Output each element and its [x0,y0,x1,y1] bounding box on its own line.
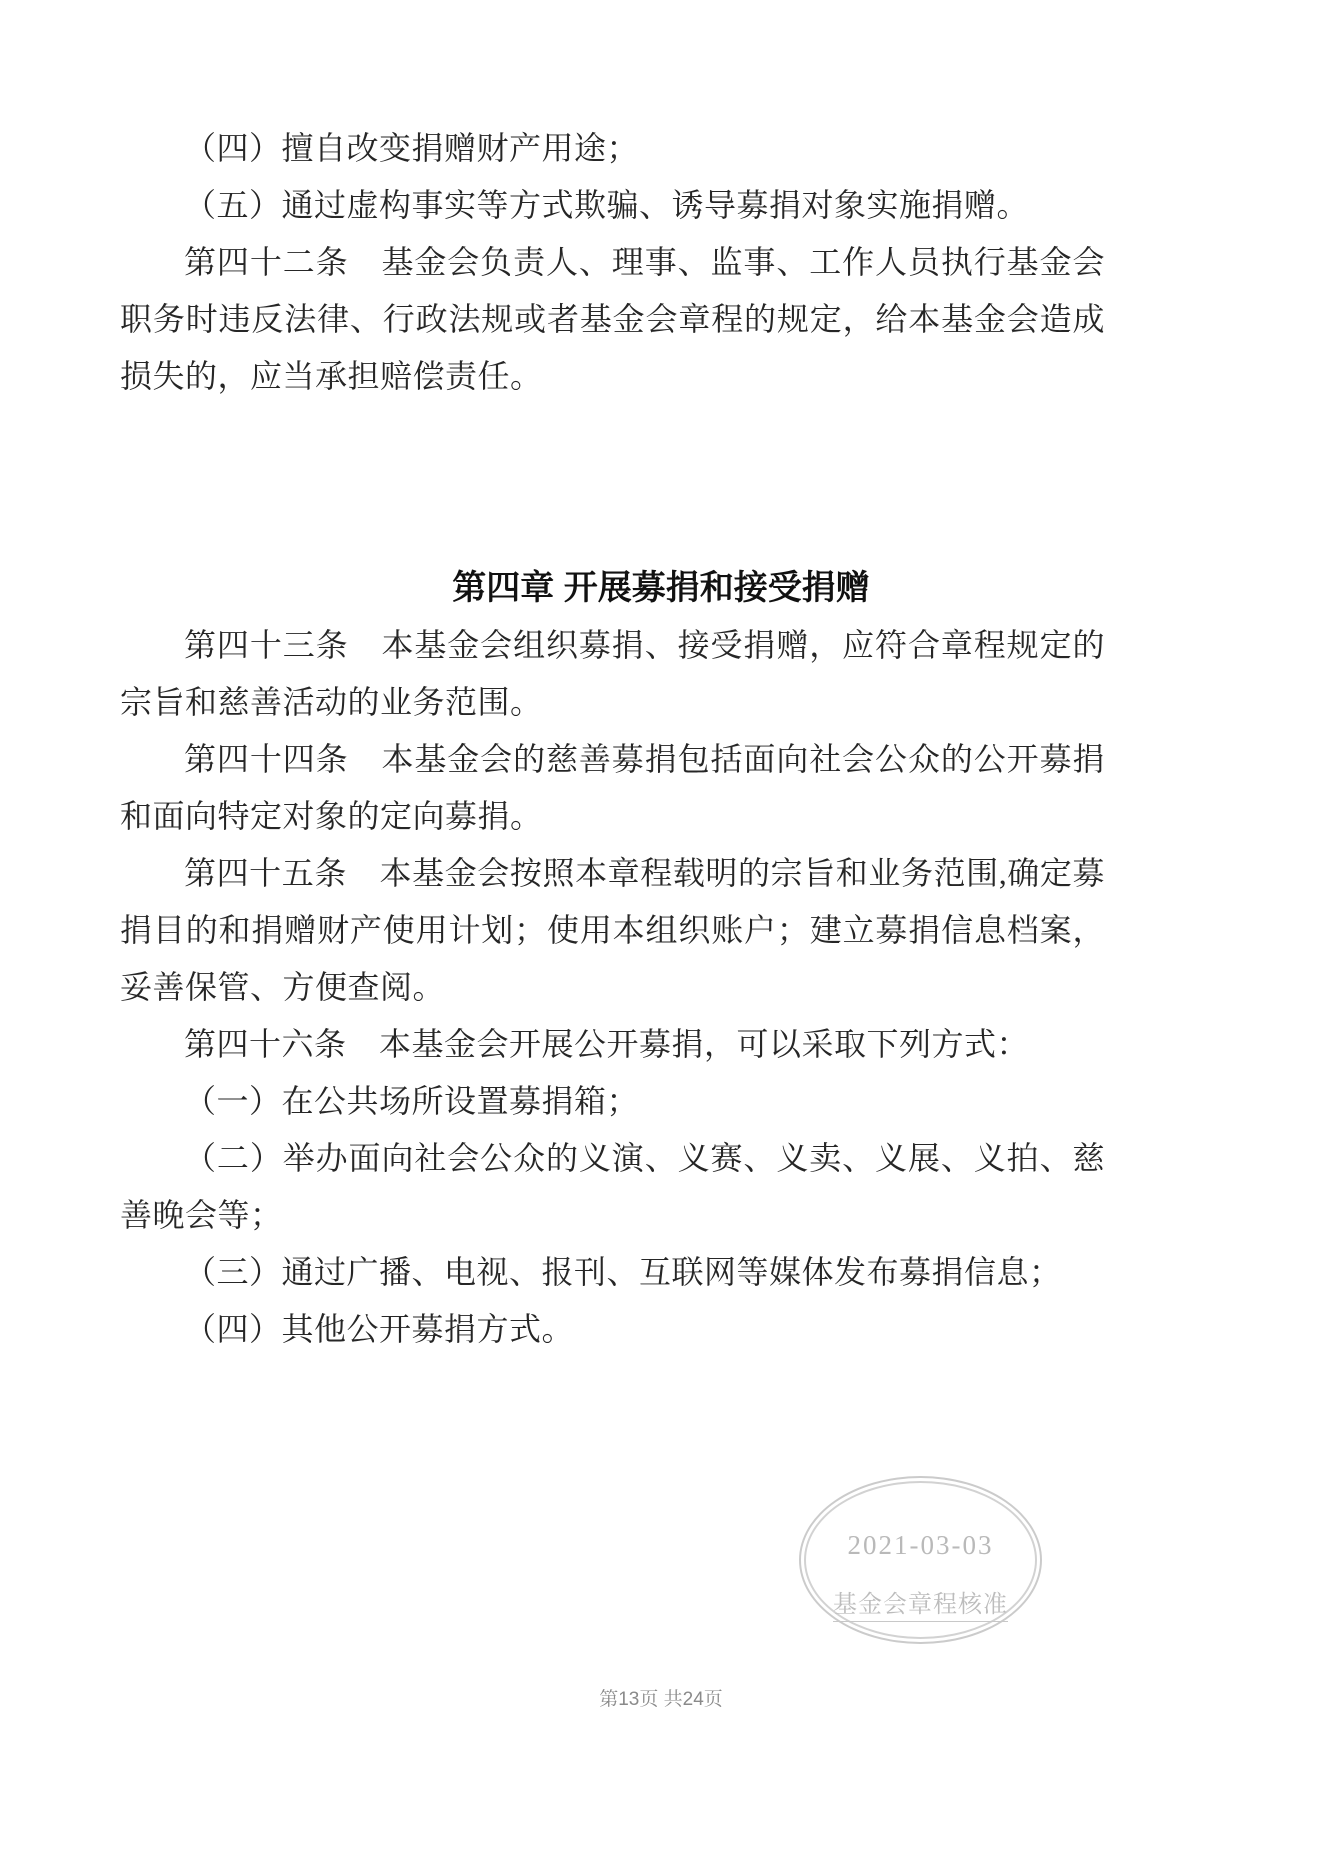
stamp-date: 2021-03-03 [801,1530,1040,1561]
page-footer: 第13页 共24页 [0,1684,1322,1711]
clause-paragraph: （二）举办面向社会公众的义演、义赛、义卖、义展、义拍、慈善晚会等； [120,1130,1105,1244]
chapter-heading: 第四章 开展募捐和接受捐赠 [120,559,1202,617]
approval-stamp: 2021-03-03 基金会章程核准 [799,1476,1042,1644]
clause-paragraph: （一）在公共场所设置募捐箱； [120,1073,1105,1130]
clause-paragraph: 第四十二条 基金会负责人、理事、监事、工作人员执行基金会职务时违反法律、行政法规… [120,234,1105,405]
stamp-label: 基金会章程核准 [833,1584,1008,1622]
clause-paragraph: （五）通过虚构事实等方式欺骗、诱导募捐对象实施捐赠。 [120,177,1105,234]
clause-paragraph: 第四十四条 本基金会的慈善募捐包括面向社会公众的公开募捐和面向特定对象的定向募捐… [120,731,1105,845]
document-body: （四）擅自改变捐赠财产用途； （五）通过虚构事实等方式欺骗、诱导募捐对象实施捐赠… [120,120,1105,1358]
clause-paragraph: （三）通过广播、电视、报刊、互联网等媒体发布募捐信息； [120,1244,1105,1301]
clause-paragraph: （四）其他公开募捐方式。 [120,1301,1105,1358]
stamp-label-wrap: 基金会章程核准 [801,1584,1040,1622]
document-page: （四）擅自改变捐赠财产用途； （五）通过虚构事实等方式欺骗、诱导募捐对象实施捐赠… [0,0,1322,1869]
clause-paragraph: （四）擅自改变捐赠财产用途； [120,120,1105,177]
clause-paragraph: 第四十五条 本基金会按照本章程载明的宗旨和业务范围,确定募捐目的和捐赠财产使用计… [120,845,1105,1016]
clause-paragraph: 第四十六条 本基金会开展公开募捐，可以采取下列方式： [120,1016,1105,1073]
clause-paragraph: 第四十三条 本基金会组织募捐、接受捐赠，应符合章程规定的宗旨和慈善活动的业务范围… [120,617,1105,731]
